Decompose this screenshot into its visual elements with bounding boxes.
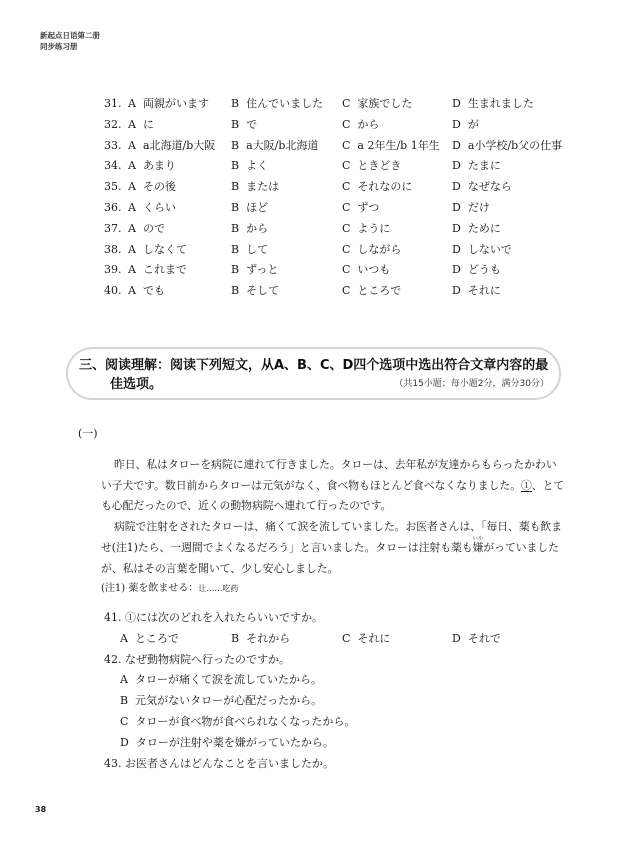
option-a: Aあまり xyxy=(128,156,176,177)
option-text: それから xyxy=(246,632,290,645)
option-letter: B xyxy=(231,97,239,110)
option-a: Aので xyxy=(128,219,165,240)
option-text: ように xyxy=(357,222,390,235)
option-text: a小学校/b父の仕事 xyxy=(468,139,562,152)
option-text: タローが痛くて涙を流していたから。 xyxy=(135,673,322,686)
option-b: Bまたは xyxy=(231,177,279,198)
section-scoring-note: （共15小题；每小题2分，满分30分） xyxy=(394,377,549,392)
option-letter: A xyxy=(128,139,136,152)
option-text: ために xyxy=(468,222,501,235)
option-d: Dだけ xyxy=(452,198,490,219)
option-b: Bよく xyxy=(231,156,268,177)
question-42-stem: 42. なぜ動物病院へ行ったのですか。 xyxy=(104,650,574,671)
option-text: タローが食べ物が食べられなくなったから。 xyxy=(135,715,355,728)
option-text: が xyxy=(468,118,479,131)
option-letter: B xyxy=(231,243,239,256)
option-letter: C xyxy=(342,180,350,193)
option-d: Dために xyxy=(452,219,501,240)
option-text: a北海道/b大阪 xyxy=(143,139,215,152)
option-letter: B xyxy=(231,201,239,214)
option-c: Cしながら xyxy=(342,240,401,261)
option-d: Dそれで xyxy=(452,629,501,650)
option-text: なぜなら xyxy=(468,180,512,193)
option-letter: D xyxy=(452,139,461,152)
option-letter: A xyxy=(128,243,136,256)
option-letter: B xyxy=(231,118,239,131)
option-text: または xyxy=(246,180,279,193)
option-d: Dなぜなら xyxy=(452,177,512,198)
section-heading-box: 三、阅读理解：阅读下列短文，从A、B、C、D四个选项中选出符合文章内容的最 佳选… xyxy=(66,347,561,400)
option-text: で xyxy=(246,118,257,131)
option-a: Aタローが痛くて涙を流していたから。 xyxy=(104,670,574,691)
option-d: Da小学校/b父の仕事 xyxy=(452,136,562,157)
question-number: 31. xyxy=(104,94,126,115)
option-d: Dどうも xyxy=(452,260,501,281)
question-number: 35. xyxy=(104,177,126,198)
footnote-cn: 让……吃药 xyxy=(198,584,238,593)
book-subtitle: 同步练习册 xyxy=(40,41,100,52)
option-letter: C xyxy=(342,263,350,276)
option-letter: A xyxy=(128,97,136,110)
option-letter: A xyxy=(120,632,128,645)
option-text: それに xyxy=(357,632,390,645)
option-letter: B xyxy=(231,632,239,645)
option-text: に xyxy=(143,118,154,131)
option-text: ところで xyxy=(357,284,401,297)
option-text: ほど xyxy=(246,201,268,214)
option-text: ずっと xyxy=(246,263,278,276)
option-c: Ca 2年生/b 1年生 xyxy=(342,136,440,157)
option-a: Aくらい xyxy=(128,198,176,219)
option-text: どうも xyxy=(468,263,501,276)
option-letter: A xyxy=(128,159,136,172)
furigana-word: 嫌いや xyxy=(473,541,484,554)
option-d: Dが xyxy=(452,115,479,136)
passage-label: (一) xyxy=(78,427,98,441)
blank-marker: ① xyxy=(521,479,532,492)
question-number: 37. xyxy=(104,219,126,240)
option-letter: C xyxy=(342,243,350,256)
option-letter: A xyxy=(128,180,136,193)
option-c: Cそれに xyxy=(342,629,390,650)
option-c: Cところで xyxy=(342,281,401,302)
option-a: Aその後 xyxy=(128,177,176,198)
option-b: Bして xyxy=(231,240,268,261)
option-d: Dタローが注射や薬を嫌がっていたから。 xyxy=(104,733,574,754)
option-text: いつも xyxy=(357,263,390,276)
option-text: あまり xyxy=(143,159,176,172)
option-text: タローが注射や薬を嫌がっていたから。 xyxy=(136,736,334,749)
option-text: くらい xyxy=(143,201,176,214)
option-text: しないで xyxy=(468,243,512,256)
option-letter: A xyxy=(128,222,136,235)
option-letter: A xyxy=(128,284,136,297)
option-letter: D xyxy=(452,97,461,110)
option-c: C家族でした xyxy=(342,94,412,115)
section-title-continued: 佳选项。 xyxy=(110,375,162,394)
option-text: それに xyxy=(468,284,501,297)
option-text: だけ xyxy=(468,201,490,214)
option-c: Cタローが食べ物が食べられなくなったから。 xyxy=(104,712,574,733)
option-letter: C xyxy=(120,715,128,728)
option-letter: D xyxy=(452,118,461,131)
page-number: 38 xyxy=(35,805,46,814)
question-number: 40. xyxy=(104,281,126,302)
option-letter: C xyxy=(342,222,350,235)
option-text: から xyxy=(246,222,268,235)
option-b: B元気がないタローが心配だったから。 xyxy=(104,691,574,712)
option-letter: A xyxy=(120,673,128,686)
option-text: それで xyxy=(468,632,501,645)
option-b: Ba大阪/b北海道 xyxy=(231,136,318,157)
option-d: Dたまに xyxy=(452,156,501,177)
option-text: しながら xyxy=(357,243,401,256)
option-letter: A xyxy=(128,263,136,276)
ruby-reading: いや xyxy=(473,536,484,542)
option-d: D生まれました xyxy=(452,94,534,115)
option-letter: B xyxy=(120,694,128,707)
option-text: ずつ xyxy=(357,201,379,214)
option-a: Aに xyxy=(128,115,154,136)
option-letter: D xyxy=(452,201,461,214)
passage-paragraph-1: 昨日、私はタローを病院に連れて行きました。タローは、去年私が友達からもらったかわ… xyxy=(101,455,567,517)
option-text: 生まれました xyxy=(468,97,534,110)
question-41-stem: 41. ①には次のどれを入れたらいいですか。 xyxy=(104,608,574,629)
option-text: よく xyxy=(246,159,268,172)
option-letter: D xyxy=(452,159,461,172)
reading-passage: 昨日、私はタローを病院に連れて行きました。タローは、去年私が友達からもらったかわ… xyxy=(101,455,567,600)
option-letter: C xyxy=(342,632,350,645)
option-letter: A xyxy=(128,118,136,131)
option-b: Bそして xyxy=(231,281,279,302)
option-text: a 2年生/b 1年生 xyxy=(357,139,439,152)
option-letter: D xyxy=(452,632,461,645)
option-letter: B xyxy=(231,263,239,276)
option-a: Aでも xyxy=(128,281,165,302)
option-letter: D xyxy=(452,180,461,193)
option-d: Dそれに xyxy=(452,281,501,302)
option-text: して xyxy=(246,243,268,256)
option-text: それなのに xyxy=(357,180,412,193)
question-number: 34. xyxy=(104,156,126,177)
option-c: Cときどき xyxy=(342,156,401,177)
option-letter: C xyxy=(342,284,350,297)
footnote-jp: (注1) 薬を飲ませる： xyxy=(101,583,198,594)
option-text: a大阪/b北海道 xyxy=(246,139,318,152)
option-c: Cから xyxy=(342,115,379,136)
option-text: 両親がいます xyxy=(143,97,209,110)
option-c: Cように xyxy=(342,219,390,240)
passage-paragraph-2: 病院で注射をされたタローは、痛くて涙を流していました。お医者さんは、「毎日、薬も… xyxy=(101,517,567,579)
option-b: Bほど xyxy=(231,198,268,219)
option-text: たまに xyxy=(468,159,501,172)
option-letter: C xyxy=(342,118,350,131)
option-text: そして xyxy=(246,284,279,297)
option-text: ので xyxy=(143,222,165,235)
option-letter: B xyxy=(231,284,239,297)
question-number: 36. xyxy=(104,198,126,219)
option-a: Aこれまで xyxy=(128,260,187,281)
option-text: 家族でした xyxy=(357,97,412,110)
option-letter: B xyxy=(231,159,239,172)
option-letter: D xyxy=(452,243,461,256)
question-41-options: Aところで Bそれから Cそれに Dそれで xyxy=(104,629,574,650)
page-header: 新起点日语第二册 同步练习册 xyxy=(40,30,100,52)
option-letter: D xyxy=(452,263,461,276)
option-letter: C xyxy=(342,201,350,214)
option-letter: D xyxy=(452,222,461,235)
option-b: Bで xyxy=(231,115,257,136)
option-c: Cそれなのに xyxy=(342,177,412,198)
option-c: Cずつ xyxy=(342,198,379,219)
option-a: Aところで xyxy=(120,629,179,650)
option-text: 元気がないタローが心配だったから。 xyxy=(135,694,322,707)
option-text: これまで xyxy=(143,263,187,276)
option-text: しなくて xyxy=(143,243,187,256)
option-b: Bから xyxy=(231,219,268,240)
option-letter: B xyxy=(231,180,239,193)
footnote: (注1) 薬を飲ませる：让……吃药 xyxy=(101,579,567,600)
question-number: 33. xyxy=(104,136,126,157)
option-c: Cいつも xyxy=(342,260,390,281)
question-number: 39. xyxy=(104,260,126,281)
option-text: でも xyxy=(143,284,165,297)
option-b: Bそれから xyxy=(231,629,290,650)
option-letter: C xyxy=(342,159,350,172)
question-number: 32. xyxy=(104,115,126,136)
option-letter: D xyxy=(452,284,461,297)
option-a: Aa北海道/b大阪 xyxy=(128,136,215,157)
option-text: その後 xyxy=(143,180,176,193)
option-letter: C xyxy=(342,139,350,152)
passage-text: 昨日、私はタローを病院に連れて行きました。タローは、去年私が友達からもらったかわ… xyxy=(101,458,557,492)
option-d: Dしないで xyxy=(452,240,512,261)
option-a: A両親がいます xyxy=(128,94,209,115)
option-letter: A xyxy=(128,201,136,214)
option-a: Aしなくて xyxy=(128,240,187,261)
book-title: 新起点日语第二册 xyxy=(40,30,100,41)
option-letter: B xyxy=(231,139,239,152)
option-text: ところで xyxy=(135,632,179,645)
option-letter: D xyxy=(120,736,129,749)
option-text: ときどき xyxy=(357,159,401,172)
ruby-base: 嫌 xyxy=(473,541,484,554)
option-b: Bずっと xyxy=(231,260,278,281)
question-43-stem: 43. お医者さんはどんなことを言いましたか。 xyxy=(104,754,574,775)
question-number: 38. xyxy=(104,240,126,261)
option-b: B住んでいました xyxy=(231,94,323,115)
section-title: 三、阅读理解：阅读下列短文，从A、B、C、D四个选项中选出符合文章内容的最 xyxy=(79,356,554,375)
option-letter: B xyxy=(231,222,239,235)
option-text: 住んでいました xyxy=(246,97,323,110)
question-list: 41. ①には次のどれを入れたらいいですか。 Aところで Bそれから Cそれに … xyxy=(104,608,574,774)
option-text: から xyxy=(357,118,379,131)
option-letter: C xyxy=(342,97,350,110)
